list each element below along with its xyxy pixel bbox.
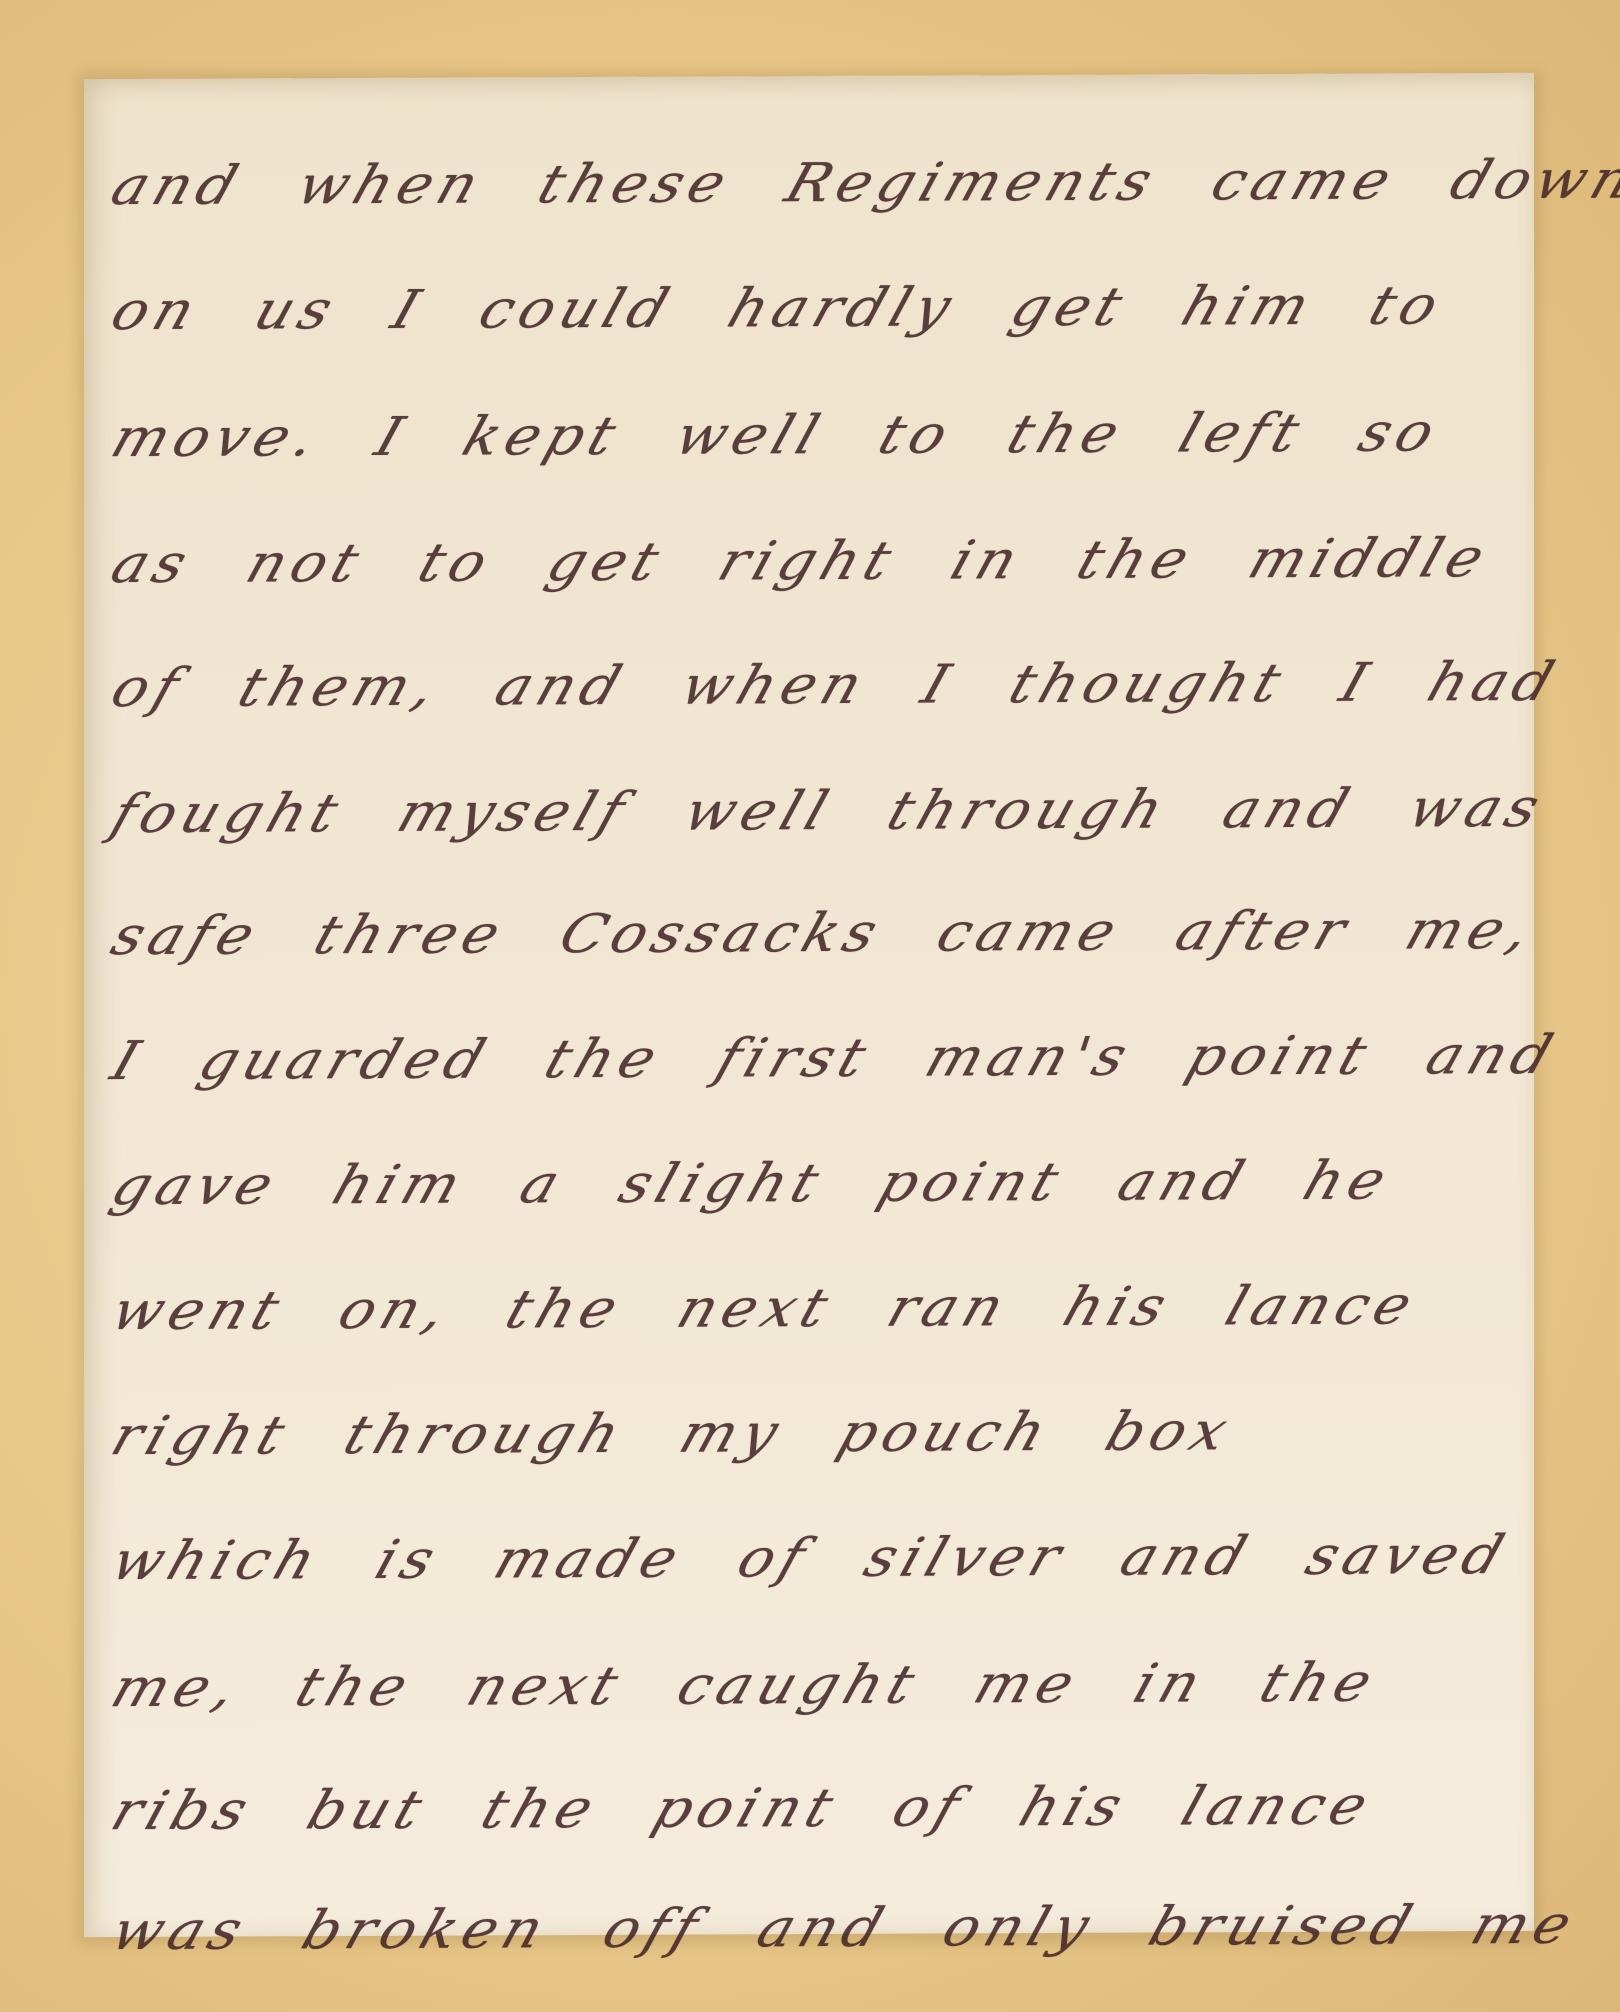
text-line: which is made of silver and saved [104, 1523, 1534, 1592]
text-line: right through my pouch box [104, 1398, 1534, 1467]
text-line: of them, and when I thought I had [104, 650, 1534, 719]
text-line: gave him a slight point and he [104, 1148, 1534, 1217]
text-line: safe three Cossacks came after me, [104, 898, 1534, 967]
text-line: as not to get right in the middle [104, 526, 1534, 595]
text-line: fought myself well through and was [104, 776, 1534, 845]
letter-page: and when these Regiments came down on us… [84, 73, 1534, 1937]
text-line: on us I could hardly get him to [104, 273, 1534, 342]
text-line: and when these Regiments came down [104, 148, 1534, 217]
text-line: me, the next caught me in the [104, 1650, 1534, 1719]
text-line: was broken off and only bruised me [104, 1893, 1534, 1962]
text-line: ribs but the point of his lance [104, 1773, 1534, 1842]
text-line: went on, the next ran his lance [104, 1273, 1534, 1342]
text-line: I guarded the first man's point and [104, 1023, 1534, 1092]
text-line: move. I kept well to the left so [104, 400, 1534, 469]
